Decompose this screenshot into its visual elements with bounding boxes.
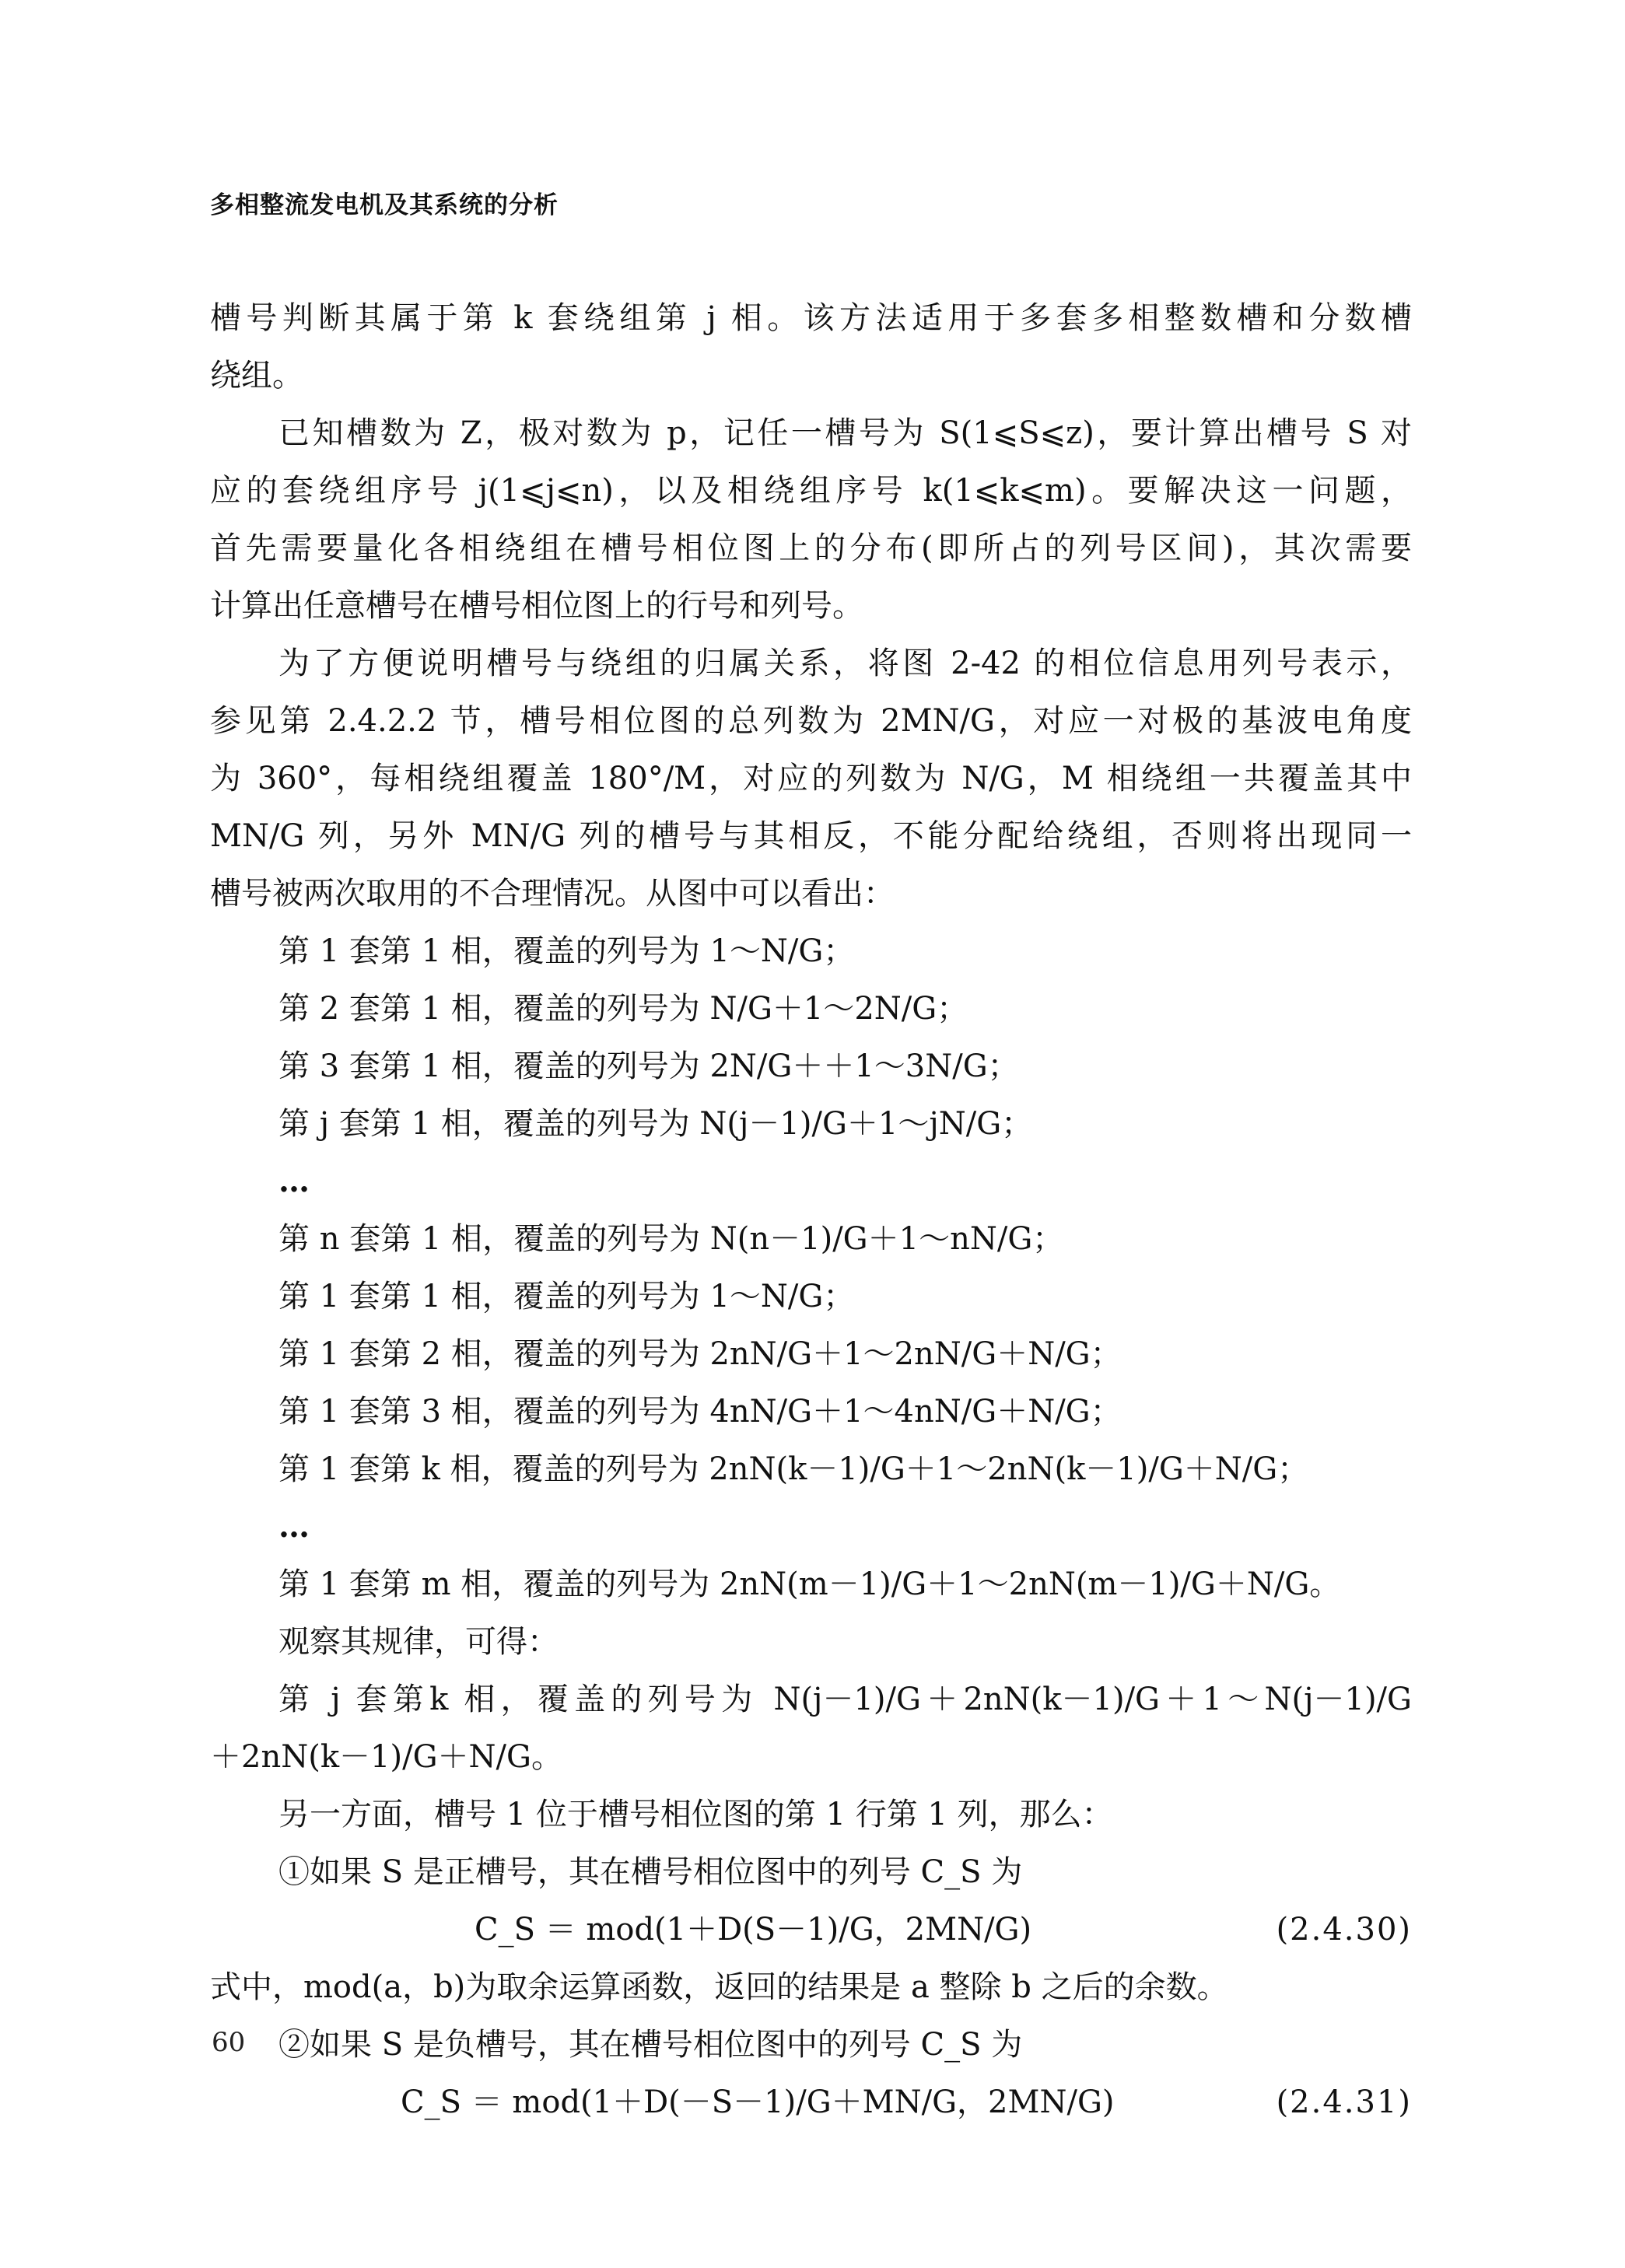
- case-negative-slot: ②如果 S 是负槽号，其在槽号相位图中的列号 C_S 为: [210, 2016, 1412, 2074]
- paragraph-line: 为了方便说明槽号与绕组的归属关系，将图 2-42 的相位信息用列号表示，: [210, 635, 1412, 692]
- equation-number: (2.4.30): [1277, 1901, 1412, 1958]
- list-item: 第 2 套第 1 相，覆盖的列号为 N/G＋1～2N/G；: [210, 980, 1412, 1038]
- general-rule-line: ＋2nN(k－1)/G＋N/G。: [210, 1728, 1412, 1786]
- list-item: 第 1 套第 m 相，覆盖的列号为 2nN(m－1)/G＋1～2nN(m－1)/…: [210, 1556, 1412, 1613]
- equation-formula: C_S ＝ mod(1＋D(－S－1)/G＋MN/G，2MN/G): [401, 2074, 1115, 2131]
- paragraph-line: 已知槽数为 Z，极对数为 p，记任一槽号为 S(1⩽S⩽z)，要计算出槽号 S …: [210, 404, 1412, 462]
- list-item: 第 j 套第 1 相，覆盖的列号为 N(j－1)/G＋1～jN/G；: [210, 1095, 1412, 1153]
- equation-2-4-30: C_S ＝ mod(1＋D(S－1)/G，2MN/G) (2.4.30): [210, 1901, 1412, 1958]
- ellipsis: …: [210, 1498, 1412, 1556]
- case-positive-slot: ①如果 S 是正槽号，其在槽号相位图中的列号 C_S 为: [210, 1843, 1412, 1901]
- page-body: 槽号判断其属于第 k 套绕组第 j 相。该方法适用于多套多相整数槽和分数槽 绕组…: [210, 289, 1412, 2131]
- paragraph-line: MN/G 列，另外 MN/G 列的槽号与其相反，不能分配给绕组，否则将出现同一: [210, 807, 1412, 865]
- list-item: 第 1 套第 3 相，覆盖的列号为 4nN/G＋1～4nN/G＋N/G；: [210, 1383, 1412, 1440]
- paragraph-line: 参见第 2.4.2.2 节，槽号相位图的总列数为 2MN/G，对应一对极的基波电…: [210, 692, 1412, 750]
- list-item: 第 1 套第 1 相，覆盖的列号为 1～N/G；: [210, 922, 1412, 980]
- ellipsis: …: [210, 1153, 1412, 1210]
- list-item: 第 1 套第 1 相，覆盖的列号为 1～N/G；: [210, 1268, 1412, 1325]
- paragraph-line: 绕组。: [210, 347, 1412, 404]
- mod-explanation: 式中，mod(a，b)为取余运算函数，返回的结果是 a 整除 b 之后的余数。: [210, 1958, 1412, 2016]
- list-item: 第 1 套第 2 相，覆盖的列号为 2nN/G＋1～2nN/G＋N/G；: [210, 1325, 1412, 1383]
- paragraph-line: 计算出任意槽号在槽号相位图上的行号和列号。: [210, 577, 1412, 635]
- paragraph-line: 槽号判断其属于第 k 套绕组第 j 相。该方法适用于多套多相整数槽和分数槽: [210, 289, 1412, 347]
- equation-formula: C_S ＝ mod(1＋D(S－1)/G，2MN/G): [475, 1901, 1031, 1958]
- paragraph-line: 首先需要量化各相绕组在槽号相位图上的分布(即所占的列号区间)，其次需要: [210, 520, 1412, 577]
- list-item: 第 1 套第 k 相，覆盖的列号为 2nN(k－1)/G＋1～2nN(k－1)/…: [210, 1440, 1412, 1498]
- running-head: 多相整流发电机及其系统的分析: [210, 185, 559, 220]
- list-item: 第 3 套第 1 相，覆盖的列号为 2N/G＋＋1～3N/G；: [210, 1038, 1412, 1095]
- general-rule-line: 第 j 套第k 相，覆盖的列号为 N(j－1)/G＋2nN(k－1)/G＋1～N…: [210, 1671, 1412, 1728]
- list-item: 第 n 套第 1 相，覆盖的列号为 N(n－1)/G＋1～nN/G；: [210, 1210, 1412, 1268]
- equation-number: (2.4.31): [1277, 2074, 1412, 2131]
- paragraph-line: 应的套绕组序号 j(1⩽j⩽n)，以及相绕组序号 k(1⩽k⩽m)。要解决这一问…: [210, 462, 1412, 520]
- conclusion-intro: 观察其规律，可得：: [210, 1613, 1412, 1671]
- slot-position-intro: 另一方面，槽号 1 位于槽号相位图的第 1 行第 1 列，那么：: [210, 1786, 1412, 1843]
- paragraph-line: 为 360°，每相绕组覆盖 180°/M，对应的列数为 N/G，M 相绕组一共覆…: [210, 750, 1412, 807]
- page-number: 60: [212, 2027, 245, 2058]
- equation-2-4-31: C_S ＝ mod(1＋D(－S－1)/G＋MN/G，2MN/G) (2.4.3…: [210, 2074, 1412, 2131]
- paragraph-line: 槽号被两次取用的不合理情况。从图中可以看出：: [210, 865, 1412, 922]
